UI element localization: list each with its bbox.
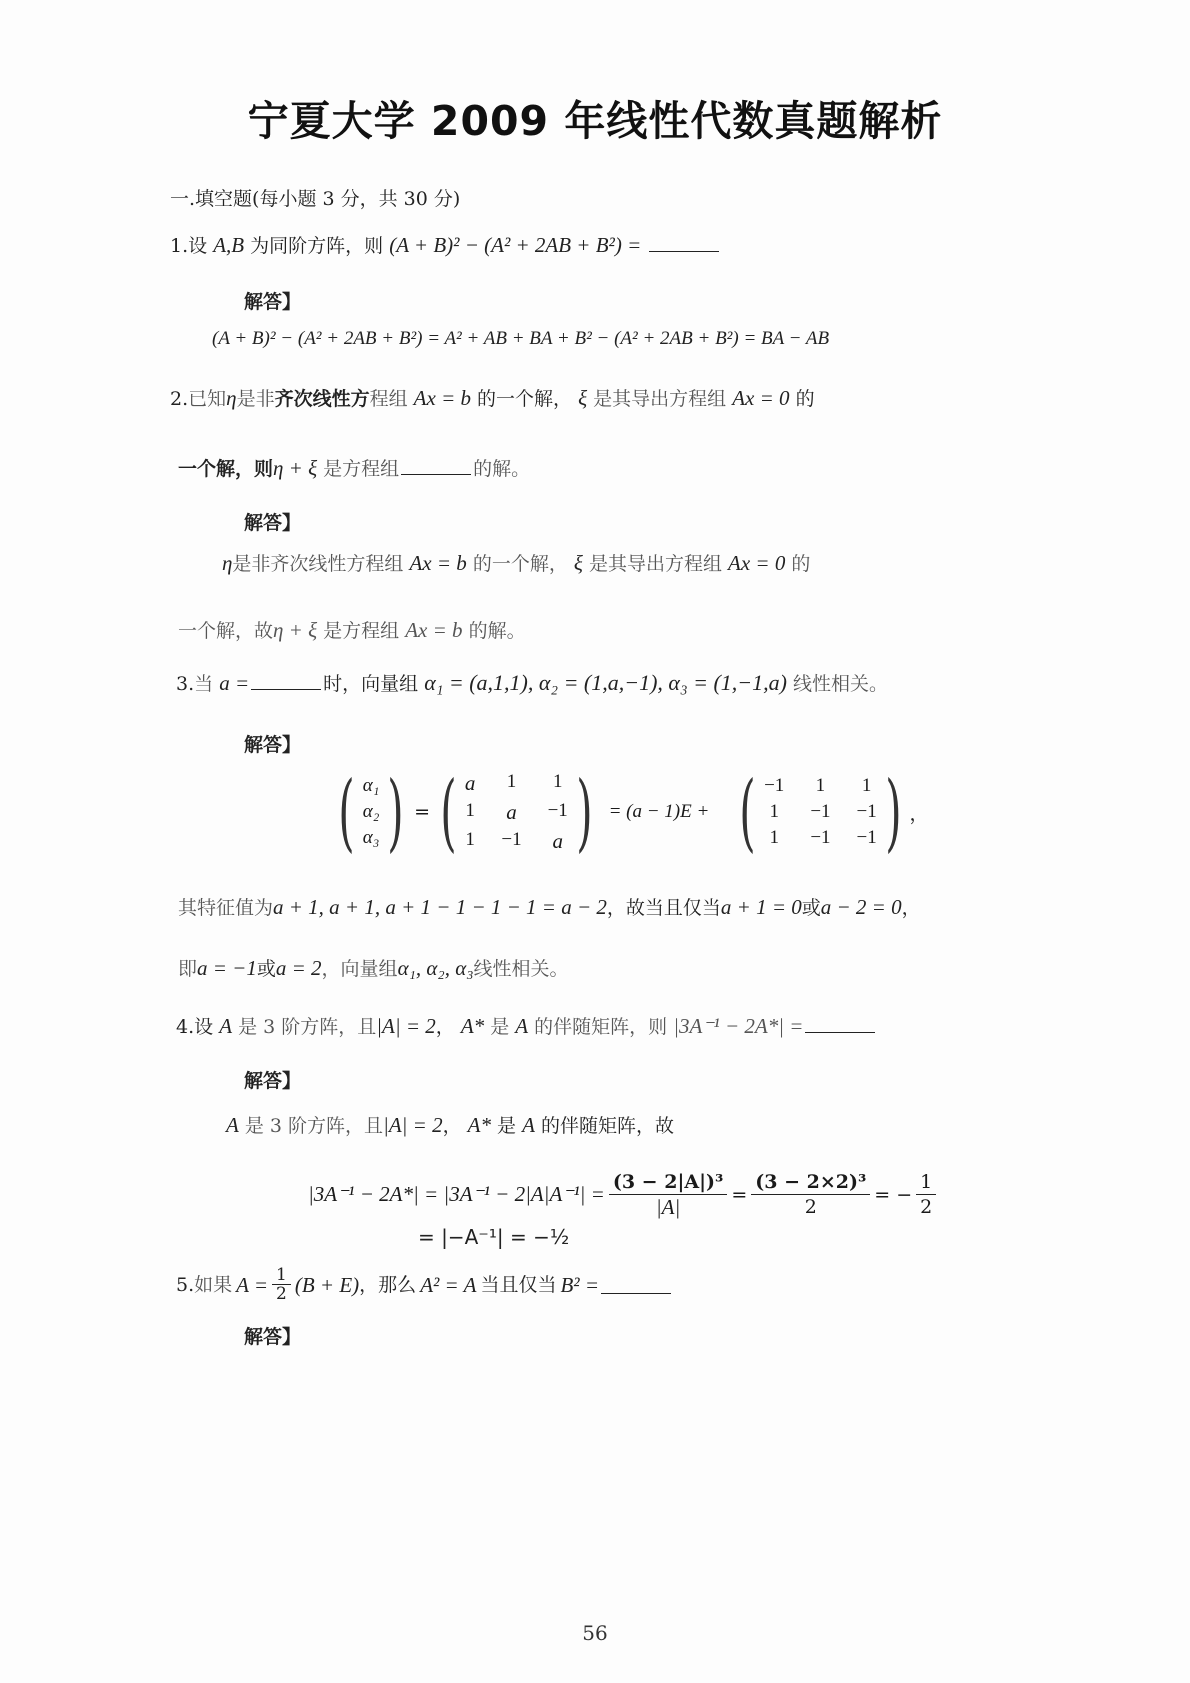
fraction-denominator: 2 bbox=[276, 1285, 287, 1303]
math-expression: A² = A bbox=[420, 1272, 476, 1298]
fraction-denominator: |A| bbox=[656, 1195, 680, 1219]
page-title: 宁夏大学 2009 年线性代数真题解析 bbox=[0, 88, 1190, 147]
answer-text: 的一个解， bbox=[473, 553, 568, 575]
matrix-equation: ( α₁ α₂ α₃ ) = ( a 1 1 1 a −1 1 −1 a ) bbox=[330, 770, 929, 854]
fraction: 1 2 bbox=[272, 1266, 291, 1303]
question-text: 当且仅当 bbox=[480, 1272, 556, 1298]
math-expression: a + 1 = 0 bbox=[721, 895, 802, 919]
math-expression: (A + B)² − (A² + 2AB + B²) = bbox=[389, 233, 641, 257]
answer-text: ， bbox=[902, 897, 921, 919]
question-text: 设 bbox=[194, 1016, 213, 1038]
answer-text: 其特征值为 bbox=[178, 897, 273, 919]
math-expression: η + ξ bbox=[273, 456, 317, 480]
page-number: 56 bbox=[0, 1621, 1190, 1645]
answer-1-equation: (A + B)² − (A² + 2AB + B²) = A² + AB + B… bbox=[212, 326, 829, 352]
question-text: 的一个解， bbox=[477, 388, 572, 410]
answer-label: 解答】 bbox=[244, 508, 301, 535]
answer-text: 是 bbox=[497, 1115, 516, 1137]
left-paren: ( bbox=[740, 770, 756, 854]
answer-text: 一个解，故 bbox=[178, 620, 273, 642]
math-symbol: ξ bbox=[574, 551, 583, 575]
answer-text: 的伴随矩阵，故 bbox=[541, 1115, 674, 1137]
fraction-numerator: 1 bbox=[272, 1266, 291, 1285]
math-expression: |3A⁻¹ − 2A*| = bbox=[673, 1014, 803, 1038]
math-symbol: ξ bbox=[578, 386, 587, 410]
equals-sign: = bbox=[731, 1184, 747, 1206]
punctuation: ， bbox=[910, 799, 929, 826]
answer-text: 或 bbox=[257, 958, 276, 980]
math-expression: = − bbox=[874, 1184, 912, 1206]
matrix-entries: a 1 1 1 a −1 1 −1 a bbox=[465, 771, 568, 854]
math-symbol: A bbox=[515, 1014, 528, 1038]
question-2-line-2: 一个解，则η + ξ 是方程组的解。 bbox=[178, 455, 530, 482]
question-5: 5.如果 A = 1 2 (B + E)，那么 A² = A 当且仅当 B² = bbox=[176, 1266, 673, 1303]
fraction-numerator: (3 − 2|A|)³ bbox=[609, 1170, 727, 1195]
equals-sign: = bbox=[414, 801, 430, 823]
question-text: 是方程组 bbox=[323, 458, 399, 480]
matrix-cell: α₂ bbox=[363, 801, 380, 823]
question-4: 4.设 A 是 3 阶方阵，且|A| = 2， A* 是 A 的伴随矩阵，则 |… bbox=[176, 1013, 877, 1040]
handwritten-annotation: = |−A⁻¹| = −½ bbox=[418, 1225, 569, 1249]
answer-text: 的解。 bbox=[469, 620, 526, 642]
answer-label: 解答】 bbox=[244, 730, 301, 757]
matrix-cell: 1 bbox=[764, 801, 784, 823]
question-number: 4. bbox=[176, 1016, 194, 1038]
section-heading: 一.填空题(每小题 3 分，共 30 分) bbox=[170, 186, 460, 212]
question-text: 时，向量组 bbox=[323, 673, 418, 695]
matrix-cell: 1 bbox=[857, 775, 877, 797]
coefficient-matrix: ( a 1 1 1 a −1 1 −1 a ) bbox=[432, 770, 601, 854]
matrix-cell: −1 bbox=[764, 775, 784, 797]
math-expression: a + 1, a + 1, a + 1 − 1 − 1 − 1 = a − 2 bbox=[273, 895, 607, 919]
question-text: 设 bbox=[188, 235, 207, 257]
question-text: 是 3 阶方阵，且 bbox=[238, 1016, 376, 1038]
answer-text: ，故当且仅当 bbox=[607, 897, 721, 919]
question-2-line-1: 2.已知η是非齐次线性方程组 Ax = b 的一个解， ξ 是其导出方程组 Ax… bbox=[170, 385, 815, 412]
answer-3-line-2: 即a = −1或a = 2，向量组α₁, α₂, α₃线性相关。 bbox=[178, 955, 569, 982]
math-expression: A,B bbox=[213, 233, 244, 257]
answer-text: 是方程组 bbox=[323, 620, 399, 642]
math-expression: a − 2 = 0 bbox=[821, 895, 902, 919]
math-expression: Ax = b bbox=[409, 551, 466, 575]
matrix-cell: −1 bbox=[857, 801, 877, 823]
answer-text: 线性相关。 bbox=[474, 958, 569, 980]
question-text: ，那么 bbox=[359, 1272, 416, 1298]
math-expression: Ax = 0 bbox=[728, 551, 785, 575]
math-symbol: η bbox=[226, 386, 236, 410]
math-expression: Ax = 0 bbox=[732, 386, 789, 410]
math-expression: |A| = 2 bbox=[376, 1014, 436, 1038]
answer-blank bbox=[649, 233, 719, 252]
answer-2-line-2: 一个解，故η + ξ 是方程组 Ax = b 的解。 bbox=[178, 617, 526, 644]
matrix-entries: −1 1 1 1 −1 −1 1 −1 −1 bbox=[764, 775, 877, 849]
math-symbol: η bbox=[222, 551, 232, 575]
math-symbol: A bbox=[522, 1113, 535, 1137]
answer-text: 的 bbox=[791, 553, 810, 575]
math-expression: η + ξ bbox=[273, 618, 317, 642]
question-text: 是 bbox=[490, 1016, 509, 1038]
vector-column-matrix: ( α₁ α₂ α₃ ) bbox=[330, 770, 412, 854]
answer-blank bbox=[251, 671, 321, 690]
fraction: 1 2 bbox=[916, 1170, 936, 1219]
answer-text: 即 bbox=[178, 958, 197, 980]
punctuation: ， bbox=[443, 1115, 462, 1137]
right-paren: ) bbox=[388, 770, 404, 854]
question-text: 齐次线性方 bbox=[275, 388, 370, 410]
math-expression: a = bbox=[219, 671, 249, 695]
right-paren: ) bbox=[576, 770, 592, 854]
document-page: 宁夏大学 2009 年线性代数真题解析 一.填空题(每小题 3 分，共 30 分… bbox=[0, 0, 1190, 1683]
math-symbol: A* bbox=[461, 1014, 484, 1038]
matrix-cell: −1 bbox=[810, 801, 830, 823]
matrix-cell: 1 bbox=[501, 771, 521, 796]
answer-text: 或 bbox=[802, 897, 821, 919]
math-symbol: A* bbox=[468, 1113, 491, 1137]
math-expression: a = 2 bbox=[276, 956, 322, 980]
question-text: 的伴随矩阵，则 bbox=[534, 1016, 667, 1038]
math-expression: B² = bbox=[560, 1272, 599, 1298]
answer-text: 是 3 阶方阵，且 bbox=[245, 1115, 383, 1137]
question-text: 的解。 bbox=[473, 458, 530, 480]
left-paren: ( bbox=[338, 770, 354, 854]
matrix-cell: −1 bbox=[810, 827, 830, 849]
math-expression: α₁ = (a,1,1), α₂ = (1,a,−1), α₃ = (1,−1,… bbox=[424, 670, 787, 695]
matrix-cell: 1 bbox=[810, 775, 830, 797]
question-text: 当 bbox=[194, 673, 213, 695]
math-expression: Ax = b bbox=[405, 618, 462, 642]
fraction-numerator: (3 − 2×2)³ bbox=[751, 1170, 870, 1195]
answer-text: ，向量组 bbox=[322, 958, 398, 980]
math-expression: |3A⁻¹ − 2A*| = |3A⁻¹ − 2|A|A⁻¹| = bbox=[308, 1182, 605, 1207]
question-1: 1.设 A,B 为同阶方阵，则 (A + B)² − (A² + 2AB + B… bbox=[170, 232, 721, 259]
answer-3-line-1: 其特征值为a + 1, a + 1, a + 1 − 1 − 1 − 1 = a… bbox=[178, 894, 921, 921]
answer-label: 解答】 bbox=[244, 287, 301, 314]
question-text: 程组 bbox=[370, 388, 408, 410]
question-text: 是非 bbox=[237, 388, 275, 410]
matrix-entries: α₁ α₂ α₃ bbox=[363, 775, 380, 849]
answer-2-line-1: η是非齐次线性方程组 Ax = b 的一个解， ξ 是其导出方程组 Ax = 0… bbox=[222, 550, 810, 577]
math-expression: |A| = 2 bbox=[383, 1113, 443, 1137]
question-text: 一个解，则 bbox=[178, 458, 273, 480]
fraction: (3 − 2|A|)³ |A| bbox=[609, 1170, 727, 1219]
matrix-cell: a bbox=[548, 829, 568, 854]
answer-blank bbox=[805, 1014, 875, 1033]
matrix-cell: 1 bbox=[548, 771, 568, 796]
question-text: 是其导出方程组 bbox=[593, 388, 726, 410]
matrix-cell: −1 bbox=[501, 829, 521, 854]
fraction: (3 − 2×2)³ 2 bbox=[751, 1170, 870, 1219]
answer-blank bbox=[401, 456, 471, 475]
answer-label: 解答】 bbox=[244, 1322, 301, 1349]
question-text: 如果 bbox=[194, 1272, 232, 1298]
residual-matrix: ( −1 1 1 1 −1 −1 1 −1 −1 ) bbox=[731, 770, 909, 854]
math-expression: a = −1 bbox=[197, 956, 257, 980]
question-text: 的 bbox=[796, 388, 815, 410]
question-number: 2. bbox=[170, 388, 188, 410]
question-text: 线性相关。 bbox=[793, 673, 888, 695]
answer-text: 是其导出方程组 bbox=[589, 553, 722, 575]
matrix-cell: −1 bbox=[548, 800, 568, 825]
matrix-cell: 1 bbox=[465, 800, 476, 825]
punctuation: ， bbox=[436, 1016, 455, 1038]
math-expression: = (a − 1)E + bbox=[609, 801, 710, 823]
question-text: 已知 bbox=[188, 388, 226, 410]
right-paren: ) bbox=[885, 770, 901, 854]
question-number: 3. bbox=[176, 673, 194, 695]
matrix-cell: α₁ bbox=[363, 775, 380, 797]
matrix-cell: 1 bbox=[764, 827, 784, 849]
math-symbol: A bbox=[219, 1014, 232, 1038]
fraction-denominator: 2 bbox=[920, 1195, 932, 1219]
question-number: 1. bbox=[170, 235, 188, 257]
matrix-cell: 1 bbox=[465, 829, 476, 854]
fraction-numerator: 1 bbox=[916, 1170, 936, 1195]
math-expression: Ax = b bbox=[414, 386, 471, 410]
answer-text: 是非齐次线性方程组 bbox=[232, 553, 403, 575]
fraction-denominator: 2 bbox=[805, 1195, 817, 1219]
matrix-cell: a bbox=[465, 771, 476, 796]
question-number: 5. bbox=[176, 1272, 194, 1298]
answer-4-equation: |3A⁻¹ − 2A*| = |3A⁻¹ − 2|A|A⁻¹| = (3 − 2… bbox=[308, 1170, 940, 1219]
math-expression: α₁, α₂, α₃ bbox=[398, 956, 474, 980]
matrix-cell: −1 bbox=[857, 827, 877, 849]
answer-blank bbox=[601, 1275, 671, 1294]
question-3: 3.当 a =时，向量组 α₁ = (a,1,1), α₂ = (1,a,−1)… bbox=[176, 670, 888, 697]
math-expression: (B + E) bbox=[295, 1272, 359, 1298]
math-expression: A = bbox=[236, 1272, 268, 1298]
math-symbol: A bbox=[226, 1113, 239, 1137]
answer-label: 解答】 bbox=[244, 1066, 301, 1093]
question-text: 为同阶方阵，则 bbox=[250, 235, 383, 257]
matrix-cell: a bbox=[501, 800, 521, 825]
matrix-cell: α₃ bbox=[363, 827, 380, 849]
answer-4-line-1: A 是 3 阶方阵，且|A| = 2， A* 是 A 的伴随矩阵，故 bbox=[226, 1112, 674, 1139]
left-paren: ( bbox=[440, 770, 456, 854]
